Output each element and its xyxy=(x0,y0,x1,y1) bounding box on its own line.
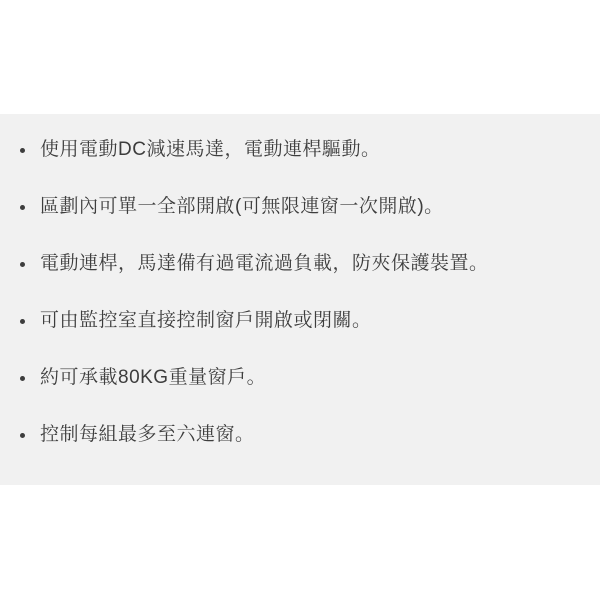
bullet-icon xyxy=(20,376,25,381)
list-item: 約可承載80KG重量窗戶。 xyxy=(0,368,600,388)
list-item-text: 電動連桿，馬達備有過電流過負載，防夾保護裝置。 xyxy=(40,253,489,274)
list-item-text: 約可承載80KG重量窗戶。 xyxy=(40,367,266,388)
list-item: 電動連桿，馬達備有過電流過負載，防夾保護裝置。 xyxy=(0,254,600,274)
bullet-icon xyxy=(20,262,25,267)
bullet-icon xyxy=(20,433,25,438)
bullet-icon xyxy=(20,148,25,153)
feature-band: 使用電動DC減速馬達，電動連桿驅動。 區劃內可單一全部開啟(可無限連窗一次開啟)… xyxy=(0,114,600,485)
product-feature-page: 使用電動DC減速馬達，電動連桿驅動。 區劃內可單一全部開啟(可無限連窗一次開啟)… xyxy=(0,0,600,600)
list-item: 控制每組最多至六連窗。 xyxy=(0,425,600,445)
list-item: 使用電動DC減速馬達，電動連桿驅動。 xyxy=(0,140,600,160)
list-item-text: 可由監控室直接控制窗戶開啟或閉關。 xyxy=(40,310,372,331)
list-item: 可由監控室直接控制窗戶開啟或閉關。 xyxy=(0,311,600,331)
feature-list: 使用電動DC減速馬達，電動連桿驅動。 區劃內可單一全部開啟(可無限連窗一次開啟)… xyxy=(0,140,600,445)
list-item: 區劃內可單一全部開啟(可無限連窗一次開啟)。 xyxy=(0,197,600,217)
list-item-text: 控制每組最多至六連窗。 xyxy=(40,424,255,445)
list-item-text: 區劃內可單一全部開啟(可無限連窗一次開啟)。 xyxy=(40,196,444,217)
list-item-text: 使用電動DC減速馬達，電動連桿驅動。 xyxy=(40,139,380,160)
bullet-icon xyxy=(20,205,25,210)
bullet-icon xyxy=(20,319,25,324)
